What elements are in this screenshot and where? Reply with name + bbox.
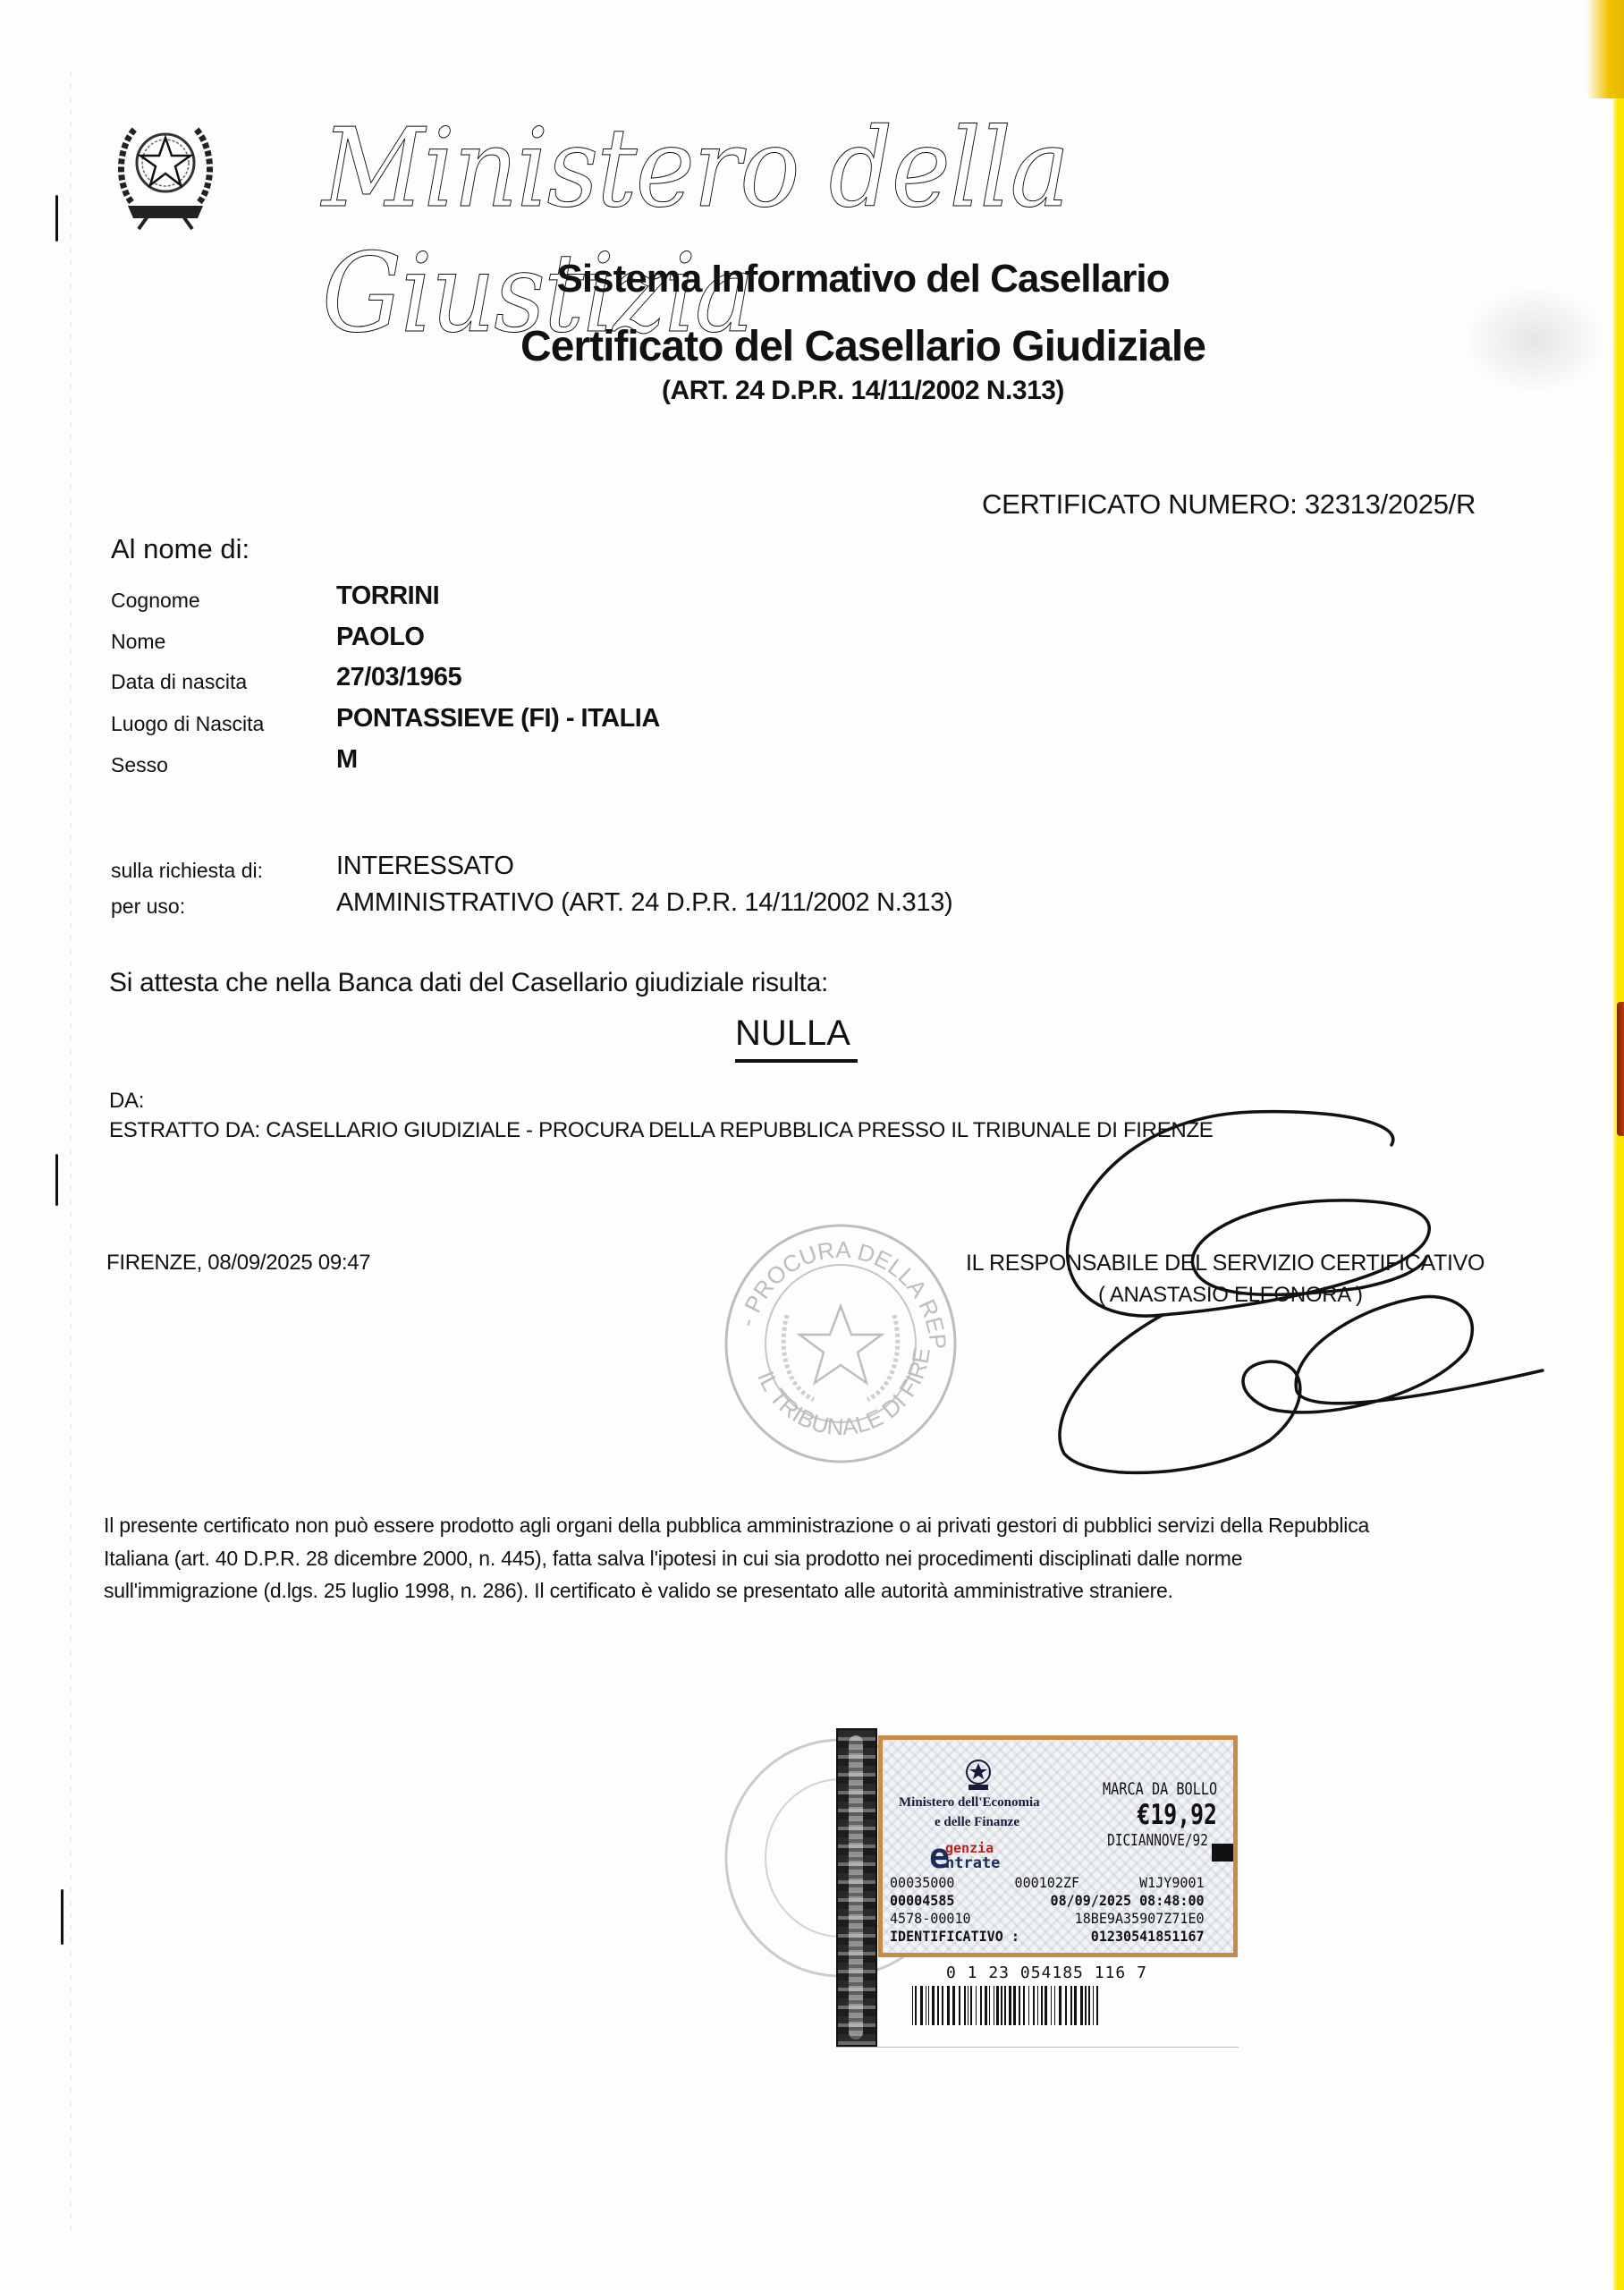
stamp-id-value: 01230541851167: [1091, 1928, 1205, 1945]
stamp-code: W1JY9001: [1139, 1874, 1204, 1891]
disclaimer-line-1: Il presente certificato non può essere p…: [104, 1514, 1369, 1538]
requested-by-value: INTERESSATO: [336, 852, 514, 881]
field-value-birthdate: 27/03/1965: [336, 663, 461, 692]
stamp-issuer-line1: Ministero dell'Economia: [899, 1795, 1040, 1811]
stamp-id-label: IDENTIFICATIVO :: [890, 1928, 1019, 1945]
margin-pen-mark: [55, 195, 58, 242]
attestation-result: NULLA: [735, 1014, 850, 1054]
stamp-type: MARCA DA BOLLO: [1103, 1779, 1217, 1799]
attestation-text: Si attesta che nella Banca dati del Case…: [109, 968, 828, 998]
paper-edge-red: [1617, 1002, 1624, 1136]
result-underline: [735, 1059, 858, 1063]
margin-pen-mark: [55, 1154, 58, 1206]
republic-emblem-small-icon: [963, 1758, 994, 1792]
agency-line2: ntrate: [945, 1854, 1000, 1872]
stamp-black-marker: [1212, 1844, 1233, 1862]
field-value-surname: TORRINI: [336, 581, 439, 611]
stamp-code: 00004585: [890, 1892, 954, 1909]
margin-pen-mark: [61, 1889, 63, 1945]
stamp-security-strip: [836, 1728, 877, 2047]
stamp-code: 00035000: [890, 1874, 954, 1891]
place-date: FIRENZE, 08/09/2025 09:47: [106, 1251, 370, 1276]
stamp-amount-words: DICIANNOVE/92: [1107, 1831, 1208, 1850]
source-label: DA:: [109, 1089, 144, 1114]
barcode-number: 0 1 23 054185 116 7: [946, 1963, 1147, 1982]
field-value-birthplace: PONTASSIEVE (FI) - ITALIA: [336, 704, 660, 734]
italian-republic-emblem-icon: [112, 113, 219, 231]
stamp-code-row: 00035000 000102ZF W1JY9001: [890, 1874, 1205, 1891]
source-extract: ESTRATTO DA: CASELLARIO GIUDIZIALE - PRO…: [109, 1118, 1214, 1143]
revenue-stamp: Ministero dell'Economia e delle Finanze …: [878, 1735, 1238, 1957]
signer-title: IL RESPONSABILE DEL SERVIZIO CERTIFICATI…: [966, 1251, 1484, 1276]
ministry-title: Ministero della Giustizia: [322, 106, 1317, 231]
svg-text:- PROCURA DELLA REPUBBLICA -: - PROCURA DELLA REPUBBLICA -: [715, 1217, 952, 1351]
subject-heading: Al nome di:: [111, 533, 250, 565]
barcode-icon: [912, 1986, 1159, 2025]
requested-by-label: sulla richiesta di:: [111, 859, 263, 883]
stamp-code-row: 4578-00010 18BE9A35907Z71E0: [890, 1910, 1205, 1927]
stamp-code: 18BE9A35907Z71E0: [1075, 1910, 1205, 1927]
field-value-name: PAOLO: [336, 623, 424, 652]
stamp-bottom-edge: [836, 2047, 1239, 2048]
disclaimer-line-3: sull'immigrazione (d.lgs. 25 luglio 1998…: [104, 1579, 1173, 1603]
field-label-birthdate: Data di nascita: [111, 670, 247, 694]
stamp-code-row: 00004585 08/09/2025 08:48:00: [890, 1892, 1205, 1909]
signer-name: ( ANASTASIO ELEONORA ): [1098, 1283, 1363, 1308]
legal-reference: (ART. 24 D.P.R. 14/11/2002 N.313): [0, 376, 1624, 406]
stamp-issuer-line2: e delle Finanze: [935, 1815, 1019, 1830]
stamp-amount: €19,92: [1137, 1799, 1217, 1831]
certificate-title: Certificato del Casellario Giudiziale: [0, 322, 1624, 371]
system-title: Sistema Informativo del Casellario: [0, 257, 1624, 301]
disclaimer-line-2: Italiana (art. 40 D.P.R. 28 dicembre 200…: [104, 1547, 1242, 1571]
use-label: per uso:: [111, 895, 185, 919]
paper-edge-yellow-top: [1586, 0, 1624, 98]
stamp-code-row: IDENTIFICATIVO : 01230541851167: [890, 1928, 1205, 1945]
use-value: AMMINISTRATIVO (ART. 24 D.P.R. 14/11/200…: [336, 888, 952, 918]
field-label-sex: Sesso: [111, 753, 168, 777]
field-value-sex: M: [336, 745, 358, 775]
stamp-code: 4578-00010: [890, 1910, 971, 1927]
stamp-code: 000102ZF: [1015, 1874, 1079, 1891]
field-label-name: Nome: [111, 630, 165, 654]
stamp-datetime: 08/09/2025 08:48:00: [1051, 1892, 1205, 1909]
field-label-birthplace: Luogo di Nascita: [111, 712, 264, 736]
field-label-surname: Cognome: [111, 589, 200, 613]
prosecutor-office-seal-icon: - PROCURA DELLA REPUBBLICA - IL TRIBUNAL…: [715, 1217, 966, 1472]
certificate-number: CERTIFICATO NUMERO: 32313/2025/R: [982, 488, 1476, 521]
